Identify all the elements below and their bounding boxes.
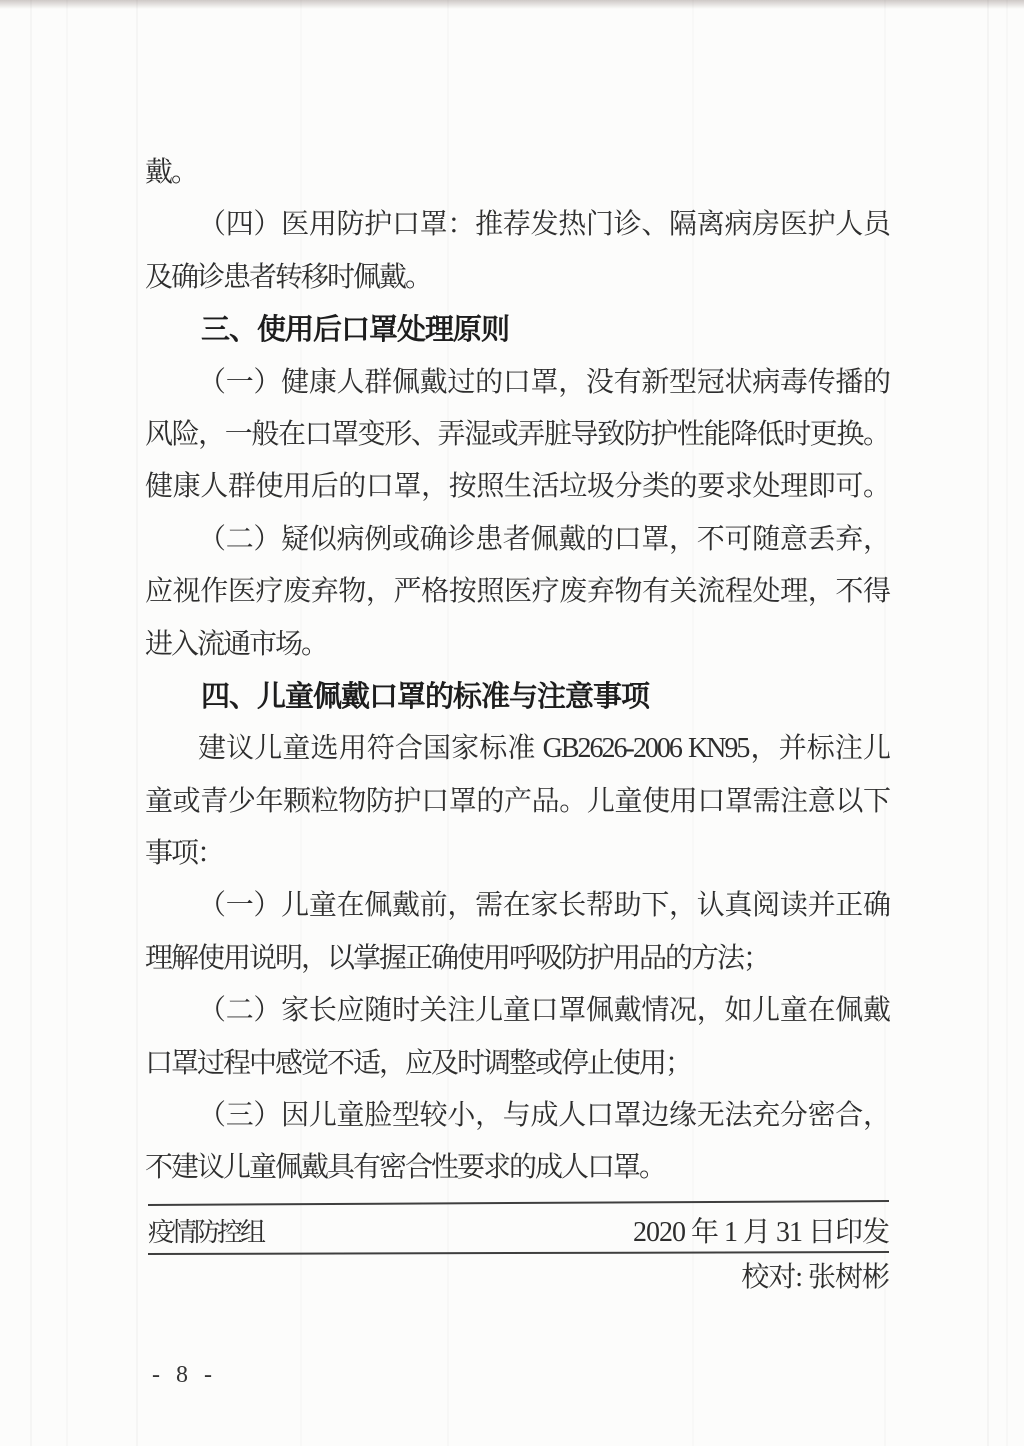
body-line: （四）医用防护口罩：推荐发热门诊、隔离病房医护人员 bbox=[145, 199, 889, 251]
body-line: （一）健康人群佩戴过的口罩，没有新型冠状病毒传播的 bbox=[145, 357, 889, 409]
issuing-group: 疫情防控组 bbox=[148, 1212, 263, 1249]
footer-row: 疫情防控组 2020 年 1 月 31 日印发 bbox=[148, 1208, 889, 1252]
body-line: 应视作医疗废弃物，严格按照医疗废弃物有关流程处理，不得 bbox=[145, 566, 889, 618]
body-line: 口罩过程中感觉不适，应及时调整或停止使用； bbox=[145, 1038, 889, 1090]
body-line: 不建议儿童佩戴具有密合性要求的成人口罩。 bbox=[145, 1142, 889, 1194]
scan-streak bbox=[30, 0, 32, 1446]
body-line: （二）疑似病例或确诊患者佩戴的口罩，不可随意丢弃， bbox=[145, 514, 889, 566]
scan-streak bbox=[987, 0, 989, 1446]
body-line: 建议儿童选用符合国家标准 GB2626-2006 KN95，并标注儿 bbox=[145, 723, 889, 775]
body-line: （二）家长应随时关注儿童口罩佩戴情况，如儿童在佩戴 bbox=[145, 985, 889, 1037]
scan-streak bbox=[136, 0, 138, 1446]
page-number: - 8 - bbox=[152, 1362, 217, 1389]
body-line: 风险，一般在口罩变形、弄湿或弄脏导致防护性能降低时更换。 bbox=[145, 409, 889, 461]
section-heading-3: 三、使用后口罩处理原则 bbox=[145, 304, 889, 356]
scan-streak bbox=[66, 0, 68, 1446]
body-line: 理解使用说明，以掌握正确使用呼吸防护用品的方法； bbox=[145, 933, 889, 985]
body-line: 健康人群使用后的口罩，按照生活垃圾分类的要求处理即可。 bbox=[145, 461, 889, 513]
body-line: 戴。 bbox=[145, 147, 889, 199]
section-heading-4: 四、儿童佩戴口罩的标准与注意事项 bbox=[145, 671, 889, 723]
body-line: 进入流通市场。 bbox=[145, 619, 889, 671]
footer-rule-top bbox=[148, 1200, 889, 1206]
proofreader: 校对: 张树彬 bbox=[148, 1256, 889, 1300]
body-line: 童或青少年颗粒物防护口罩的产品。儿童使用口罩需注意以下 bbox=[145, 776, 889, 828]
scan-streak bbox=[1006, 0, 1008, 1446]
print-date: 2020 年 1 月 31 日印发 bbox=[633, 1210, 889, 1250]
body-line: （三）因儿童脸型较小，与成人口罩边缘无法充分密合， bbox=[145, 1090, 889, 1142]
body-line: 及确诊患者转移时佩戴。 bbox=[145, 252, 889, 304]
body-line: （一）儿童在佩戴前，需在家长帮助下，认真阅读并正确 bbox=[145, 880, 889, 932]
body-line: 事项： bbox=[145, 828, 889, 880]
document-body: 戴。 （四）医用防护口罩：推荐发热门诊、隔离病房医护人员 及确诊患者转移时佩戴。… bbox=[145, 147, 889, 1195]
scan-edge-artifact bbox=[0, 0, 1024, 9]
scanned-document-page: 戴。 （四）医用防护口罩：推荐发热门诊、隔离病房医护人员 及确诊患者转移时佩戴。… bbox=[0, 0, 1024, 1446]
